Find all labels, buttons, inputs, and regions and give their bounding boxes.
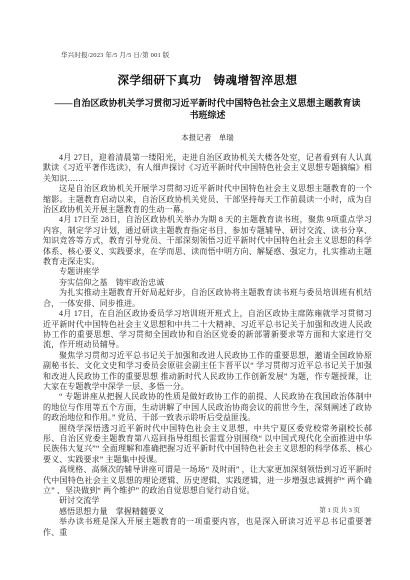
article-subtitle: ——自治区政协机关学习贯彻习近平新时代中国特色社会主义思想主题教育读书班综述 (43, 98, 372, 121)
publication-meta-line: 华兴时报/2023 年/5 月/5 日/第 001 版 (61, 52, 372, 60)
paragraph: 为扎实推动主题教育开好局起好步，自治区政协将主题教育读书班与委员培训班有机结合，… (43, 288, 372, 309)
paragraph: 围绕学深悟透习近平新时代中国特色社会主义思想，中共宁夏区委党校常务副校长郝彤、自… (43, 424, 372, 466)
page-number-footer: 第 1 页 共 3 页 (319, 505, 360, 514)
paragraph: 高规格、高频次的辅导讲座可谓是一场场“ 及时雨” ，让大家更加深刻领悟到习近平新… (43, 465, 372, 496)
section-heading: 专题讲座学 (43, 267, 372, 277)
paragraph: 聚焦学习贯彻习近平总书记关于加强和改进人民政协工作的重要思想，邀请全国政协原副秘… (43, 351, 372, 393)
paragraph: “ 专题讲座从把握人民政协的性质是做好政协工作的前提、人民政协在我国政治体制中的… (43, 392, 372, 423)
article-title: 深学细研下真功 铸魂增智淬思想 (43, 75, 372, 88)
document-page: 华兴时报/2023 年/5 月/5 日/第 001 版 深学细研下真功 铸魂增智… (0, 0, 410, 580)
paragraph: 4月 17日至 28日，自治区政协机关举办为期 8 天的主题教育读书班，聚焦 9… (43, 215, 372, 267)
paragraph: 4月 17日，在自治区政协委员学习培训班开班式上，自治区政协主席陈雍就学习贯彻习… (43, 309, 372, 351)
article-body: 4月 27日，迎着清晨第一缕阳光，走进自治区政协机关大楼各处室，记者看到有人认真… (43, 153, 372, 538)
paragraph: 4月 27日，迎着清晨第一缕阳光，走进自治区政协机关大楼各处室，记者看到有人认真… (43, 153, 372, 184)
paragraph: 这是自治区政协机关开展学习贯彻习近平新时代中国特色社会主义思想主题教育的一个缩影… (43, 184, 372, 215)
section-subheading: 夯实信仰之基 铸牢政治忠诚 (43, 278, 372, 288)
article-byline: 本报记者 单瑞 (43, 133, 372, 142)
paragraph: 举办读书班是深入开展主题教育的一项重要内容，也是深入研读习近平总书记重要著作、重 (43, 517, 372, 538)
